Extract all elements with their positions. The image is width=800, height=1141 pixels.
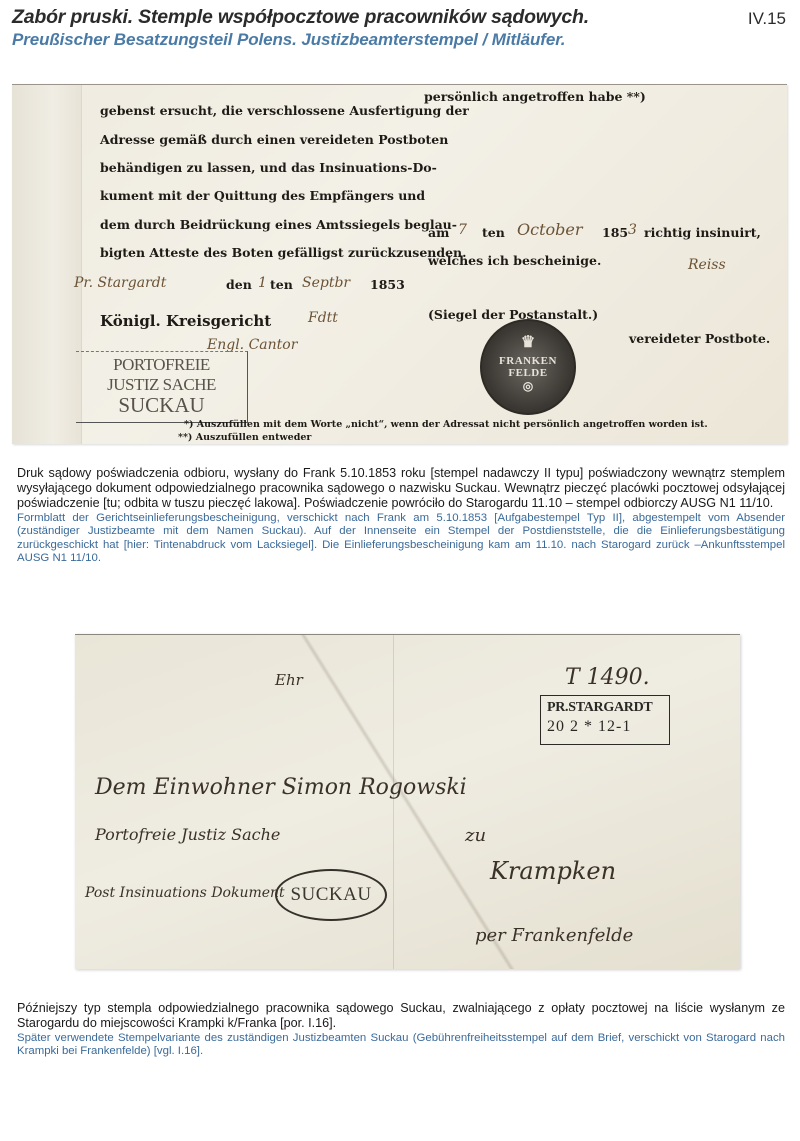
address-per: per Frankenfelde <box>475 925 633 946</box>
stamp-line: SUCKAU <box>76 395 247 415</box>
place-month-handwritten: Septbr <box>302 275 350 291</box>
postmark-town: PR.STARGARDT <box>547 699 663 716</box>
frankenfelde-seal: ♛ FRANKEN FELDE ◎ <box>480 319 576 415</box>
post-horn-icon: ◎ <box>482 379 574 394</box>
address-zu: zu <box>465 825 486 846</box>
page-number: IV.15 <box>748 9 786 29</box>
seal-text: FRANKEN <box>482 355 574 367</box>
date-am: am <box>428 225 449 240</box>
page-title: Zabór pruski. Stemple współpocztowe prac… <box>12 6 589 29</box>
date-ten: ten <box>482 225 505 240</box>
place-day-handwritten: 1 <box>258 275 267 291</box>
address-line: Dem Einwohner Simon Rogowski <box>95 775 467 800</box>
paper-fold <box>12 85 82 444</box>
postmark-date: 20 2 * 12-1 <box>547 716 663 738</box>
place-handwritten: Pr. Stargardt <box>74 275 166 291</box>
printed-line: gebenst ersucht, die verschlossene Ausfe… <box>100 103 469 118</box>
court-name: Königl. Kreisgericht <box>100 312 271 330</box>
date-year-suffix-handwritten: 3 <box>628 222 637 238</box>
court-handwritten: Fdtt <box>308 310 338 326</box>
stamp-line: PORTOFREIE <box>76 355 247 375</box>
footnote: **) Auszufüllen entweder <box>178 432 311 443</box>
caption-polish: Druk sądowy poświadczenia odbioru, wysła… <box>17 466 785 511</box>
footnote: *) Auszufüllen mit dem Worte „nicht“, we… <box>184 419 708 430</box>
printed-line: dem durch Beidrückung eines Amtssiegels … <box>100 217 457 232</box>
printed-top-right: persönlich angetroffen habe **) <box>424 89 646 104</box>
welches-text: welches ich bescheinige. <box>428 253 601 268</box>
seal-text: FELDE <box>482 367 574 379</box>
caption-german: Formblatt der Gerichtseinlieferungsbesch… <box>17 512 785 565</box>
printed-line: bigten Atteste des Boten gefälligst zurü… <box>100 245 467 260</box>
postbote-label: vereideter Postbote. <box>629 331 770 346</box>
caption-polish: Późniejszy typ stempla odpowiedzialnego … <box>17 1001 785 1031</box>
printed-line: Adresse gemäß durch einen vereideten Pos… <box>100 132 448 147</box>
caption-document-1: Druk sądowy poświadczenia odbioru, wysła… <box>17 466 785 565</box>
court-receipt-form-image: gebenst ersucht, die verschlossene Ausfe… <box>12 84 787 444</box>
postbote-signature: Reiss <box>688 257 726 273</box>
crown-icon: ♛ <box>482 335 574 351</box>
printed-line: kument mit der Quittung des Empfängers u… <box>100 188 425 203</box>
pr-stargardt-postmark: PR.STARGARDT 20 2 * 12-1 <box>540 695 670 745</box>
page-subtitle: Preußischer Besatzungsteil Polens. Justi… <box>12 30 565 50</box>
handwritten-top: Ehr <box>275 671 303 689</box>
printed-line: behändigen zu lassen, und das Insinuatio… <box>100 160 437 175</box>
address-place: Krampken <box>490 857 616 885</box>
date-day-handwritten: 7 <box>458 222 467 238</box>
date-year-prefix: 185 <box>602 225 628 240</box>
stamp-line: JUSTIZ SACHE <box>76 375 247 395</box>
cover-letter-image: Ehr T 1490. PR.STARGARDT 20 2 * 12-1 Dem… <box>75 634 740 969</box>
portofreie-justiz-sache-stamp: PORTOFREIE JUSTIZ SACHE SUCKAU <box>76 351 248 423</box>
paper-fold <box>393 635 394 969</box>
date-month-handwritten: October <box>517 220 583 239</box>
date-rest: richtig insinuirt, <box>644 225 761 240</box>
caption-document-2: Późniejszy typ stempla odpowiedzialnego … <box>17 1001 785 1059</box>
handwritten-note: Portofreie Justiz Sache <box>95 825 280 844</box>
place-ten: ten <box>270 277 293 292</box>
suckau-oval-stamp: SUCKAU <box>275 869 387 921</box>
siegel-label: (Siegel der Postanstalt.) <box>428 307 598 322</box>
handwritten-note: Post Insinuations Dokument <box>85 885 285 901</box>
place-den: den <box>226 277 252 292</box>
place-year: 1853 <box>370 277 405 292</box>
handwritten-number: T 1490. <box>565 665 650 690</box>
caption-german: Später verwendete Stempelvariante des zu… <box>17 1032 785 1059</box>
